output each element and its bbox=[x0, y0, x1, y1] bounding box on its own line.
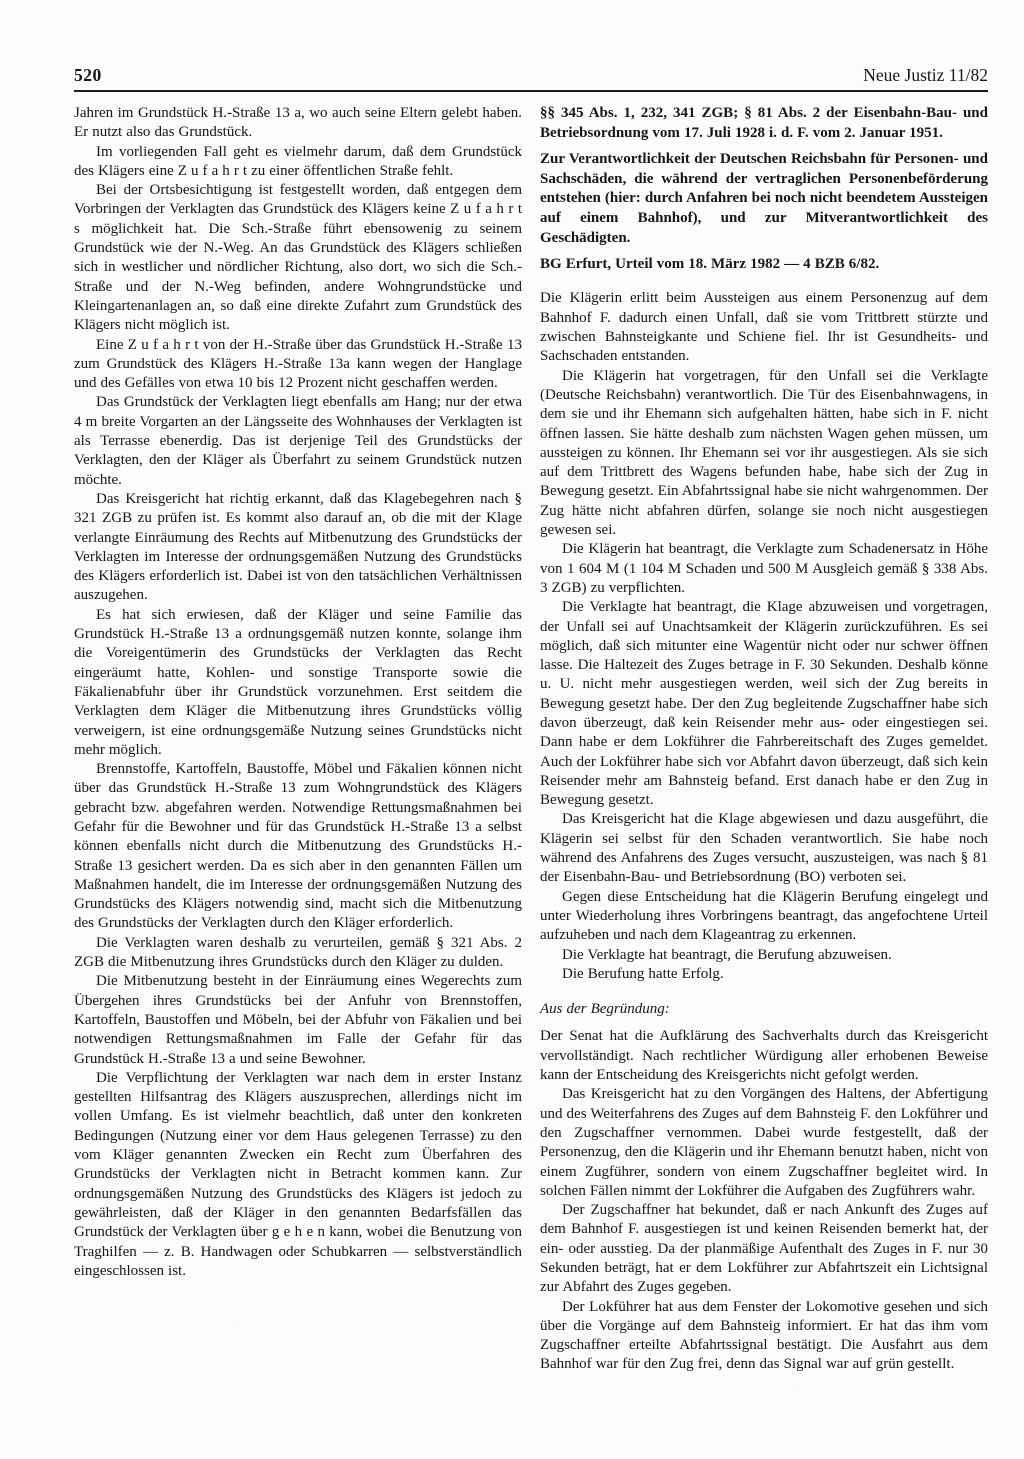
paragraph: Das Grundstück der Verklagten liegt eben… bbox=[74, 393, 522, 489]
paragraph: Aus der Begründung: bbox=[540, 1000, 988, 1019]
paragraph: Der Senat hat die Aufklärung des Sachver… bbox=[540, 1027, 988, 1085]
paragraph: Das Kreisgericht hat richtig erkannt, da… bbox=[74, 490, 522, 606]
paragraph: BG Erfurt, Urteil vom 18. März 1982 — 4 … bbox=[540, 255, 988, 274]
paragraph: Die Verklagten waren deshalb zu verurtei… bbox=[74, 934, 522, 973]
paragraph: Die Verklagte hat beantragt, die Klage a… bbox=[540, 598, 988, 810]
paragraph: Das Kreisgericht hat die Klage abgewiese… bbox=[540, 810, 988, 887]
page-number: 520 bbox=[74, 64, 102, 86]
paragraph: Bei der Ortsbesichtigung ist festgestell… bbox=[74, 181, 522, 335]
paragraph: §§ 345 Abs. 1, 232, 341 ZGB; § 81 Abs. 2… bbox=[540, 104, 988, 143]
paragraph: Eine Z u f a h r t von der H.-Straße übe… bbox=[74, 336, 522, 394]
paragraph: Die Mitbenutzung besteht in der Einräumu… bbox=[74, 972, 522, 1068]
page-header: 520 Neue Justiz 11/82 bbox=[74, 64, 988, 86]
journal-title: Neue Justiz 11/82 bbox=[863, 64, 988, 86]
paragraph: Das Kreisgericht hat zu den Vorgängen de… bbox=[540, 1085, 988, 1201]
right-column: §§ 345 Abs. 1, 232, 341 ZGB; § 81 Abs. 2… bbox=[540, 104, 988, 1375]
paragraph: Die Verpflichtung der Verklagten war nac… bbox=[74, 1069, 522, 1281]
paragraph: Die Klägerin erlitt beim Aussteigen aus … bbox=[540, 289, 988, 366]
paragraph: Der Zugschaffner hat bekundet, daß er na… bbox=[540, 1201, 988, 1297]
journal-page: 520 Neue Justiz 11/82 Jahren im Grundstü… bbox=[0, 0, 1024, 1459]
header-rule bbox=[74, 90, 988, 92]
left-column: Jahren im Grundstück H.-Straße 13 a, wo … bbox=[74, 104, 522, 1375]
paragraph: Gegen diese Entscheidung hat die Klägeri… bbox=[540, 888, 988, 946]
paragraph: Die Berufung hatte Erfolg. bbox=[540, 965, 988, 984]
paragraph: Der Lokführer hat aus dem Fenster der Lo… bbox=[540, 1298, 988, 1375]
paragraph: Jahren im Grundstück H.-Straße 13 a, wo … bbox=[74, 104, 522, 143]
article-body: Jahren im Grundstück H.-Straße 13 a, wo … bbox=[74, 104, 988, 1375]
paragraph: Brennstoffe, Kartoffeln, Baustoffe, Möbe… bbox=[74, 760, 522, 934]
paragraph: Die Verklagte hat beantragt, die Berufun… bbox=[540, 946, 988, 965]
paragraph: Im vorliegenden Fall geht es vielmehr da… bbox=[74, 143, 522, 182]
paragraph: Es hat sich erwiesen, daß der Kläger und… bbox=[74, 606, 522, 760]
paragraph: Zur Verantwortlichkeit der Deutschen Rei… bbox=[540, 150, 988, 248]
paragraph: Die Klägerin hat vorgetragen, für den Un… bbox=[540, 367, 988, 541]
paragraph: Die Klägerin hat beantragt, die Verklagt… bbox=[540, 540, 988, 598]
